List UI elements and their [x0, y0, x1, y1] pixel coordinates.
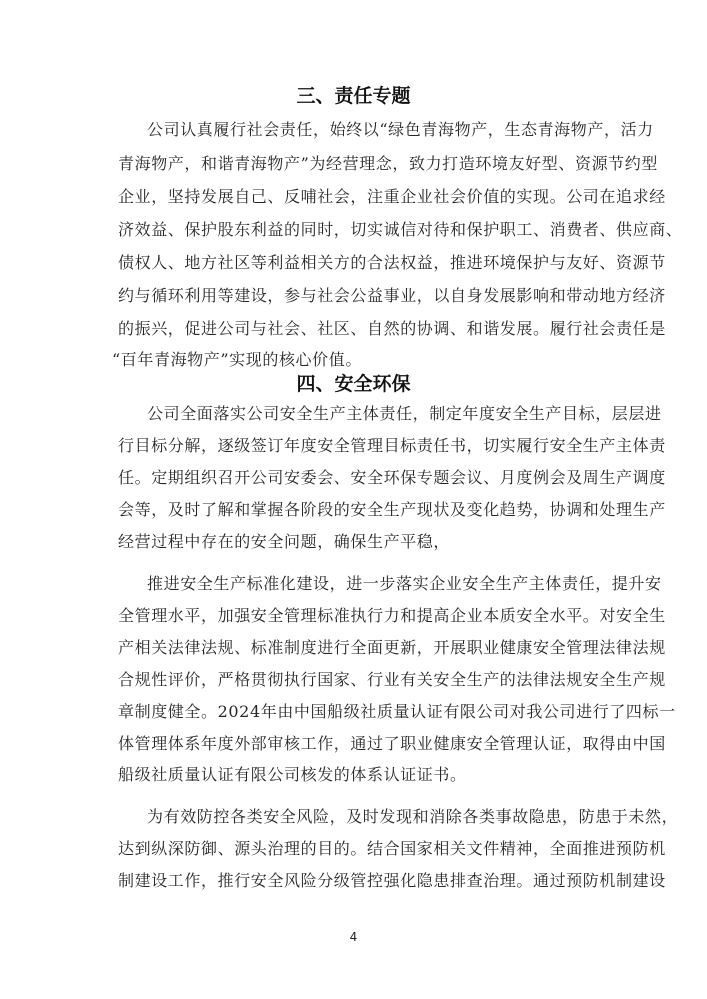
- text-line: 经营过程中存在的安全问题，确保生产平稳，: [118, 531, 596, 553]
- text-line: 产相关法律法规、标准制度进行全面更新，开展职业健康安全管理法律法规: [118, 637, 596, 659]
- text-line: 体管理体系年度外部审核工作，通过了职业健康安全管理认证，取得由中国: [118, 733, 596, 755]
- text-line: 合规性评价，严格贯彻执行国家、行业有关安全生产的法律法规安全生产规: [118, 669, 596, 691]
- text-line: 制建设工作，推行安全风险分级管控强化隐患排查治理。通过预防机制建设: [118, 870, 596, 892]
- text-line: 约与循环利用等建设，参与社会公益事业，以自身发展影响和带动地方经济: [118, 285, 596, 307]
- text-line: 章制度健全。2024年由中国船级社质量认证有限公司对我公司进行了四标一: [118, 701, 596, 723]
- text-line: 企业，坚持发展自己、反哺社会，注重企业社会价值的实现。公司在追求经: [118, 186, 596, 208]
- text-line: 为有效防控各类安全风险，及时发现和消除各类事故隐患，防患于未然，: [147, 806, 596, 828]
- document-page: 三、责任专题 公司认真履行社会责任，始终以“绿色青海物产，生态青海物产，活力 青…: [0, 0, 707, 999]
- text-line: 的振兴，促进公司与社会、社区、自然的协调、和谐发展。履行社会责任是: [118, 318, 596, 340]
- text-line: 全管理水平，加强安全管理标准执行力和提高企业本质安全水平。对安全生: [118, 605, 596, 627]
- text-line: 公司认真履行社会责任，始终以“绿色青海物产，生态青海物产，活力: [147, 119, 596, 141]
- text-line: 推进安全生产标准化建设，进一步落实企业安全生产主体责任，提升安: [147, 573, 596, 595]
- text-line: 船级社质量认证有限公司核发的体系认证证书。: [118, 764, 596, 786]
- text-line: 会等，及时了解和掌握各阶段的安全生产现状及变化趋势，协调和处理生产: [118, 499, 596, 521]
- text-line: 行目标分解，逐级签订年度安全管理目标责任书，切实履行安全生产主体责: [118, 435, 596, 457]
- page-number: 4: [0, 930, 707, 944]
- text-line: 达到纵深防御、源头治理的目的。结合国家相关文件精神，全面推进预防机: [118, 838, 596, 860]
- text-line: 青海物产，和谐青海物产”为经营理念，致力打造环境友好型、资源节约型: [118, 153, 596, 175]
- text-line: 债权人、地方社区等利益相关方的合法权益，推进环境保护与友好、资源节: [118, 252, 596, 274]
- text-line: 公司全面落实公司安全生产主体责任，制定年度安全生产目标，层层进: [147, 403, 596, 425]
- section-heading-responsibility: 三、责任专题: [0, 84, 707, 108]
- text-line: “百年青海物产”实现的核心价值。: [112, 349, 590, 371]
- text-line: 济效益、保护股东利益的同时，切实诚信对待和保护职工、消费者、供应商、: [118, 219, 596, 241]
- section-heading-safety: 四、安全环保: [0, 372, 707, 396]
- text-line: 任。定期组织召开公司安委会、安全环保专题会议、月度例会及周生产调度: [118, 467, 596, 489]
